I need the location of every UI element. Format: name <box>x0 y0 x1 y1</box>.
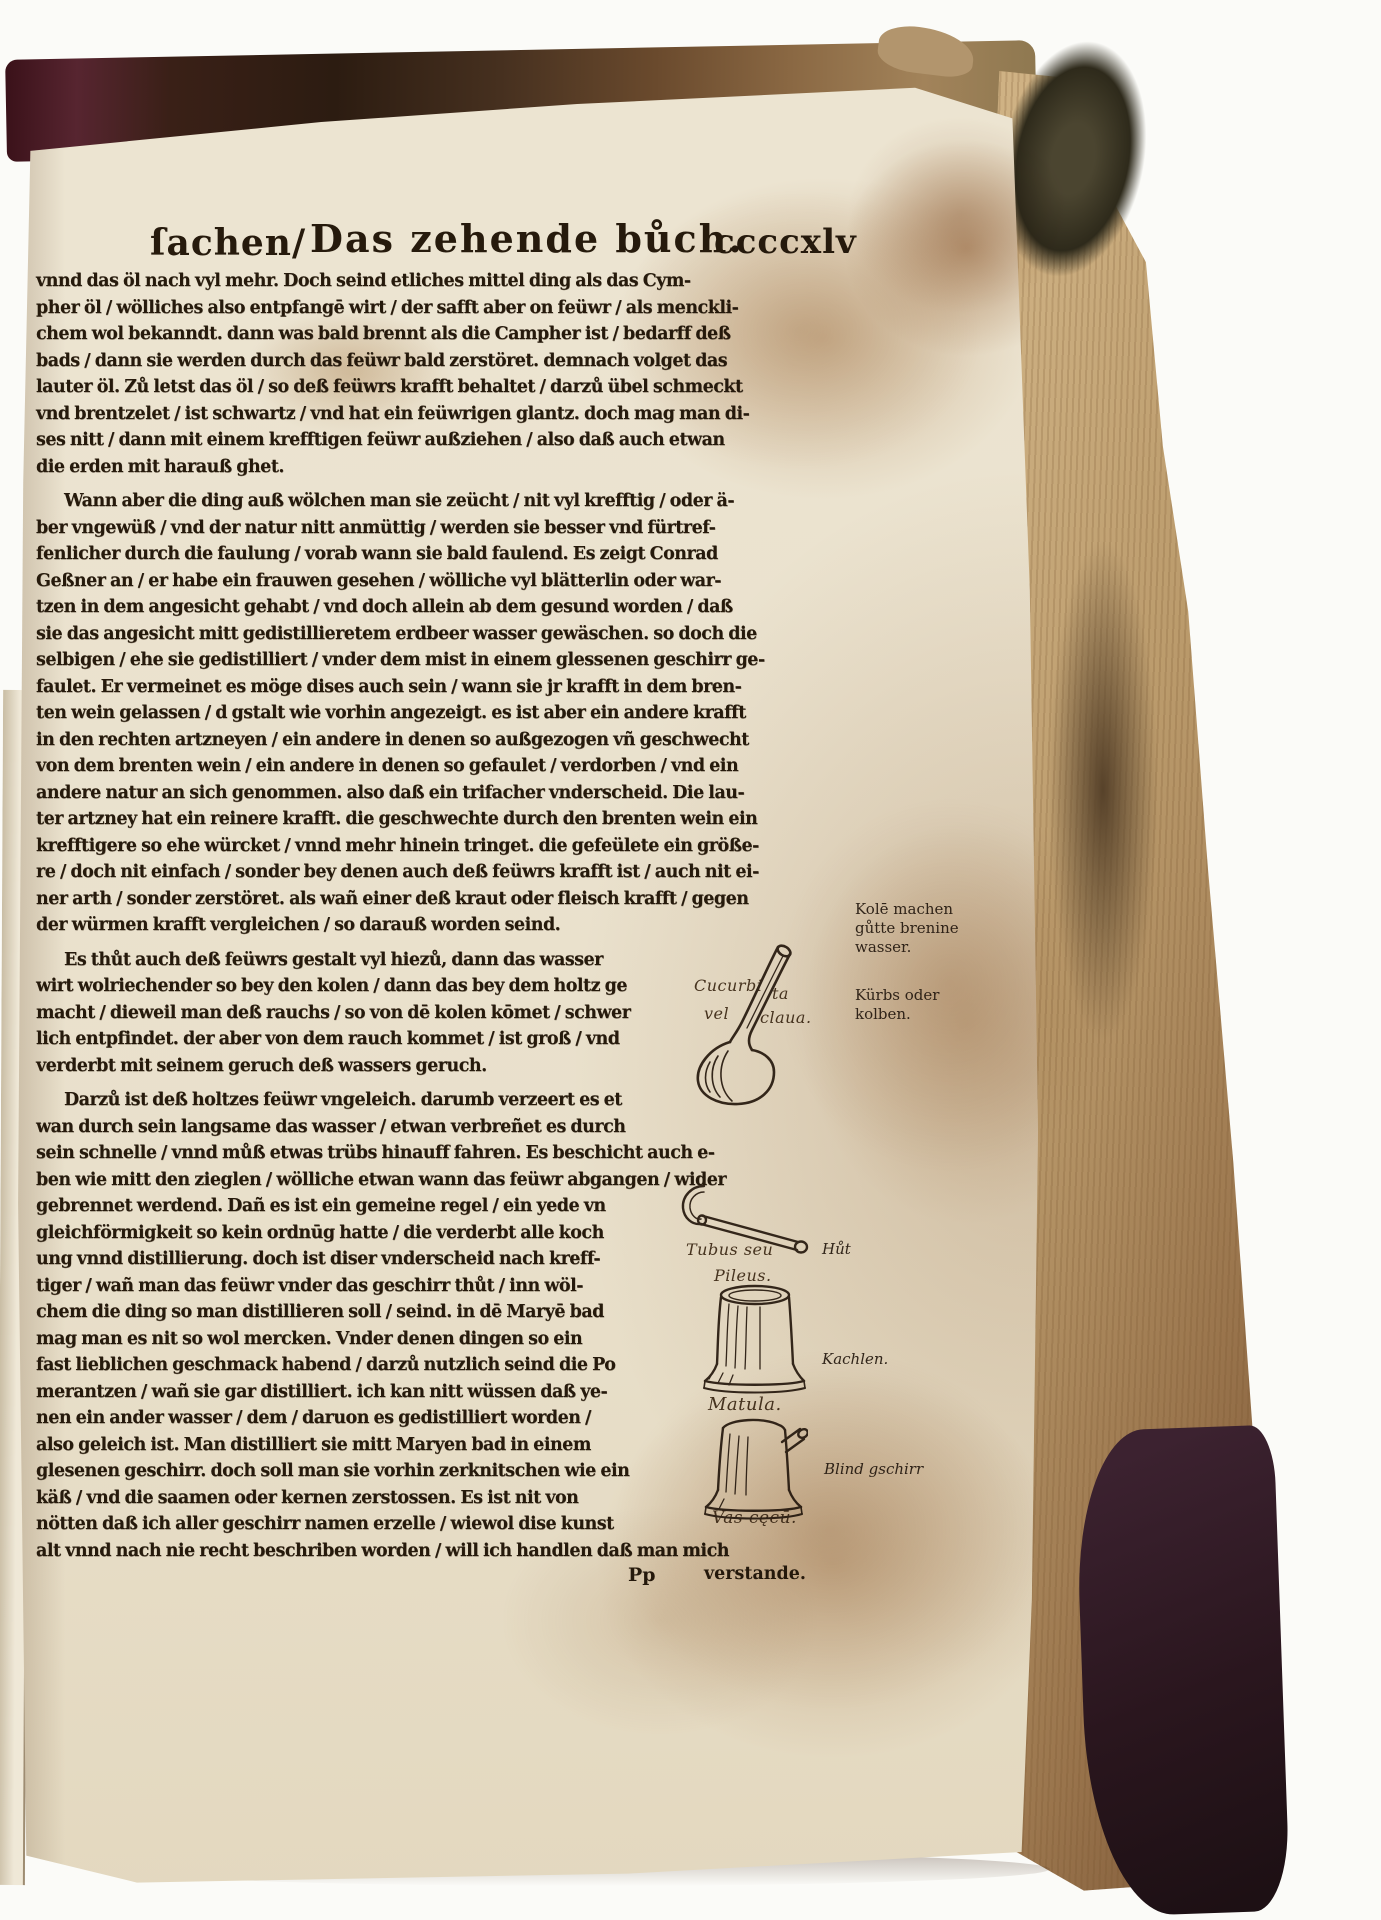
text-line: pher öl / wölliches also entpfangē wirt … <box>36 295 736 322</box>
text-line: ung vnnd distillierung. doch ist diser v… <box>36 1246 736 1273</box>
text-line: bads / dann sie werden durch das feüwr b… <box>36 348 736 375</box>
text-line: ner arth / sonder zerstöret. als wañ ein… <box>36 886 736 913</box>
text-line: Es thůt auch deß feüwrs gestalt vyl hiez… <box>36 947 736 974</box>
text-line: fast lieblichen geschmack habend / darzů… <box>36 1352 736 1379</box>
text-line: käß / vnd die saamen oder kernen zerstos… <box>36 1485 736 1512</box>
text-line: macht / dieweil man deß rauchs / so von … <box>36 1000 736 1027</box>
text-line: also geleich ist. Man distilliert sie mi… <box>36 1432 736 1459</box>
text-line: selbigen / ehe sie gedistilliert / vnder… <box>36 647 736 674</box>
catchword: verstande. <box>704 1564 806 1584</box>
text-line: glesenen geschirr. doch soll man sie vor… <box>36 1458 736 1485</box>
text-line: vnnd das öl nach vyl mehr. Doch seind et… <box>36 268 736 295</box>
text-line: chem die ding so man distillieren soll /… <box>36 1299 736 1326</box>
paragraph-4: Darzů ist deß holtzes feüwr vngeleich. d… <box>36 1087 736 1564</box>
running-header-left: ſachen/ <box>150 222 306 264</box>
text-line: re / doch nit einfach / sonder bey denen… <box>36 859 736 886</box>
paragraph-2: Wann aber die ding auß wölchen man sie z… <box>36 488 736 939</box>
text-line: gleichförmigkeit so kein ordnūg hatte / … <box>36 1220 736 1247</box>
text-line: Darzů ist deß holtzes feüwr vngeleich. d… <box>36 1087 736 1114</box>
text-line: von dem brenten wein / ein andere in den… <box>36 753 736 780</box>
text-line: vnd brentzelet / ist schwartz / vnd hat … <box>36 401 736 428</box>
text-line: nen ein ander wasser / dem / daruon es g… <box>36 1405 736 1432</box>
text-line: chem wol bekanndt. dann was bald brennt … <box>36 321 736 348</box>
text-line: faulet. Er vermeinet es möge dises auch … <box>36 674 736 701</box>
signature-mark: Pp <box>628 1564 656 1586</box>
distilling-tube-woodcut-icon <box>670 1176 820 1271</box>
text-line: die erden mit harauß ghet. <box>36 454 736 481</box>
text-line: in den rechten artzneyen / ein andere in… <box>36 727 736 754</box>
margin-note-coals: Kolē machen gůtte brenine wasser. <box>855 900 967 957</box>
margin-note-kachlen: Kachlen. <box>822 1350 934 1369</box>
matula-vessel-woodcut-icon <box>702 1282 808 1402</box>
margin-note-hat: Hůt <box>822 1240 882 1259</box>
cucurbit-flask-woodcut-icon <box>680 938 802 1110</box>
running-header-title: Das zehende bůch. <box>310 216 744 261</box>
text-line: wan durch sein langsame das wasser / etw… <box>36 1114 736 1141</box>
paragraph-3: Es thůt auch deß feüwrs gestalt vyl hiez… <box>36 947 736 1080</box>
book-photo: ſachen/ Das zehende bůch. ccccxlv vnnd d… <box>0 0 1381 1920</box>
text-line: alt vnnd nach nie recht beschriben worde… <box>36 1538 736 1565</box>
text-line: lich entpfindet. der aber von dem rauch … <box>36 1026 736 1053</box>
text-line: Geßner an / er habe ein frauwen gesehen … <box>36 568 736 595</box>
text-line: lauter öl. Zů letst das öl / so deß feüw… <box>36 374 736 401</box>
text-line: wirt wolriechender so bey den kolen / da… <box>36 973 736 1000</box>
margin-note-blind-vessel: Blind gschirr <box>824 1460 954 1479</box>
text-line: ter artzney hat ein reinere krafft. die … <box>36 806 736 833</box>
text-line: ber vngewüß / vnd der natur nitt anmütti… <box>36 515 736 542</box>
text-line: andere natur an sich genommen. also daß … <box>36 780 736 807</box>
text-block: vnnd das öl nach vyl mehr. Doch seind et… <box>36 268 736 1591</box>
text-line: tiger / wañ man das feüwr vnder das gesc… <box>36 1273 736 1300</box>
paragraph-1: vnnd das öl nach vyl mehr. Doch seind et… <box>36 268 736 480</box>
text-line: mag man es nit so wol mercken. Vnder den… <box>36 1326 736 1353</box>
cover-fragment-middle <box>1048 540 1158 1040</box>
text-line: der würmen krafft vergleichen / so darau… <box>36 912 736 939</box>
text-line: ten wein gelassen / d gstalt wie vorhin … <box>36 700 736 727</box>
text-line: nötten daß ich aller geschirr namen erze… <box>36 1511 736 1538</box>
text-line: krefftigere so ehe würcket / vnnd mehr h… <box>36 833 736 860</box>
text-line: ses nitt / dann mit einem krefftigen feü… <box>36 427 736 454</box>
text-line: sie das angesicht mitt gedistillieretem … <box>36 621 736 648</box>
margin-note-cucurbit: Kürbs oder kolben. <box>855 986 967 1024</box>
text-line: sein schnelle / vnnd můß etwas trübs hin… <box>36 1140 736 1167</box>
blind-vessel-woodcut-icon <box>702 1412 808 1526</box>
text-line: Wann aber die ding auß wölchen man sie z… <box>36 488 736 515</box>
text-line: ben wie mitt den zieglen / wölliche etwa… <box>36 1167 736 1194</box>
text-line: gebrennet werdend. Dañ es ist ein gemein… <box>36 1193 736 1220</box>
folio-number: ccccxlv <box>714 222 857 262</box>
text-line: merantzen / wañ sie gar distilliert. ich… <box>36 1379 736 1406</box>
signature-line: Pp verstande. <box>36 1564 736 1591</box>
text-line: tzen in dem angesicht gehabt / vnd doch … <box>36 594 736 621</box>
text-line: verderbt mit seinem geruch deß wassers g… <box>36 1053 736 1080</box>
text-line: fenlicher durch die faulung / vorab wann… <box>36 541 736 568</box>
